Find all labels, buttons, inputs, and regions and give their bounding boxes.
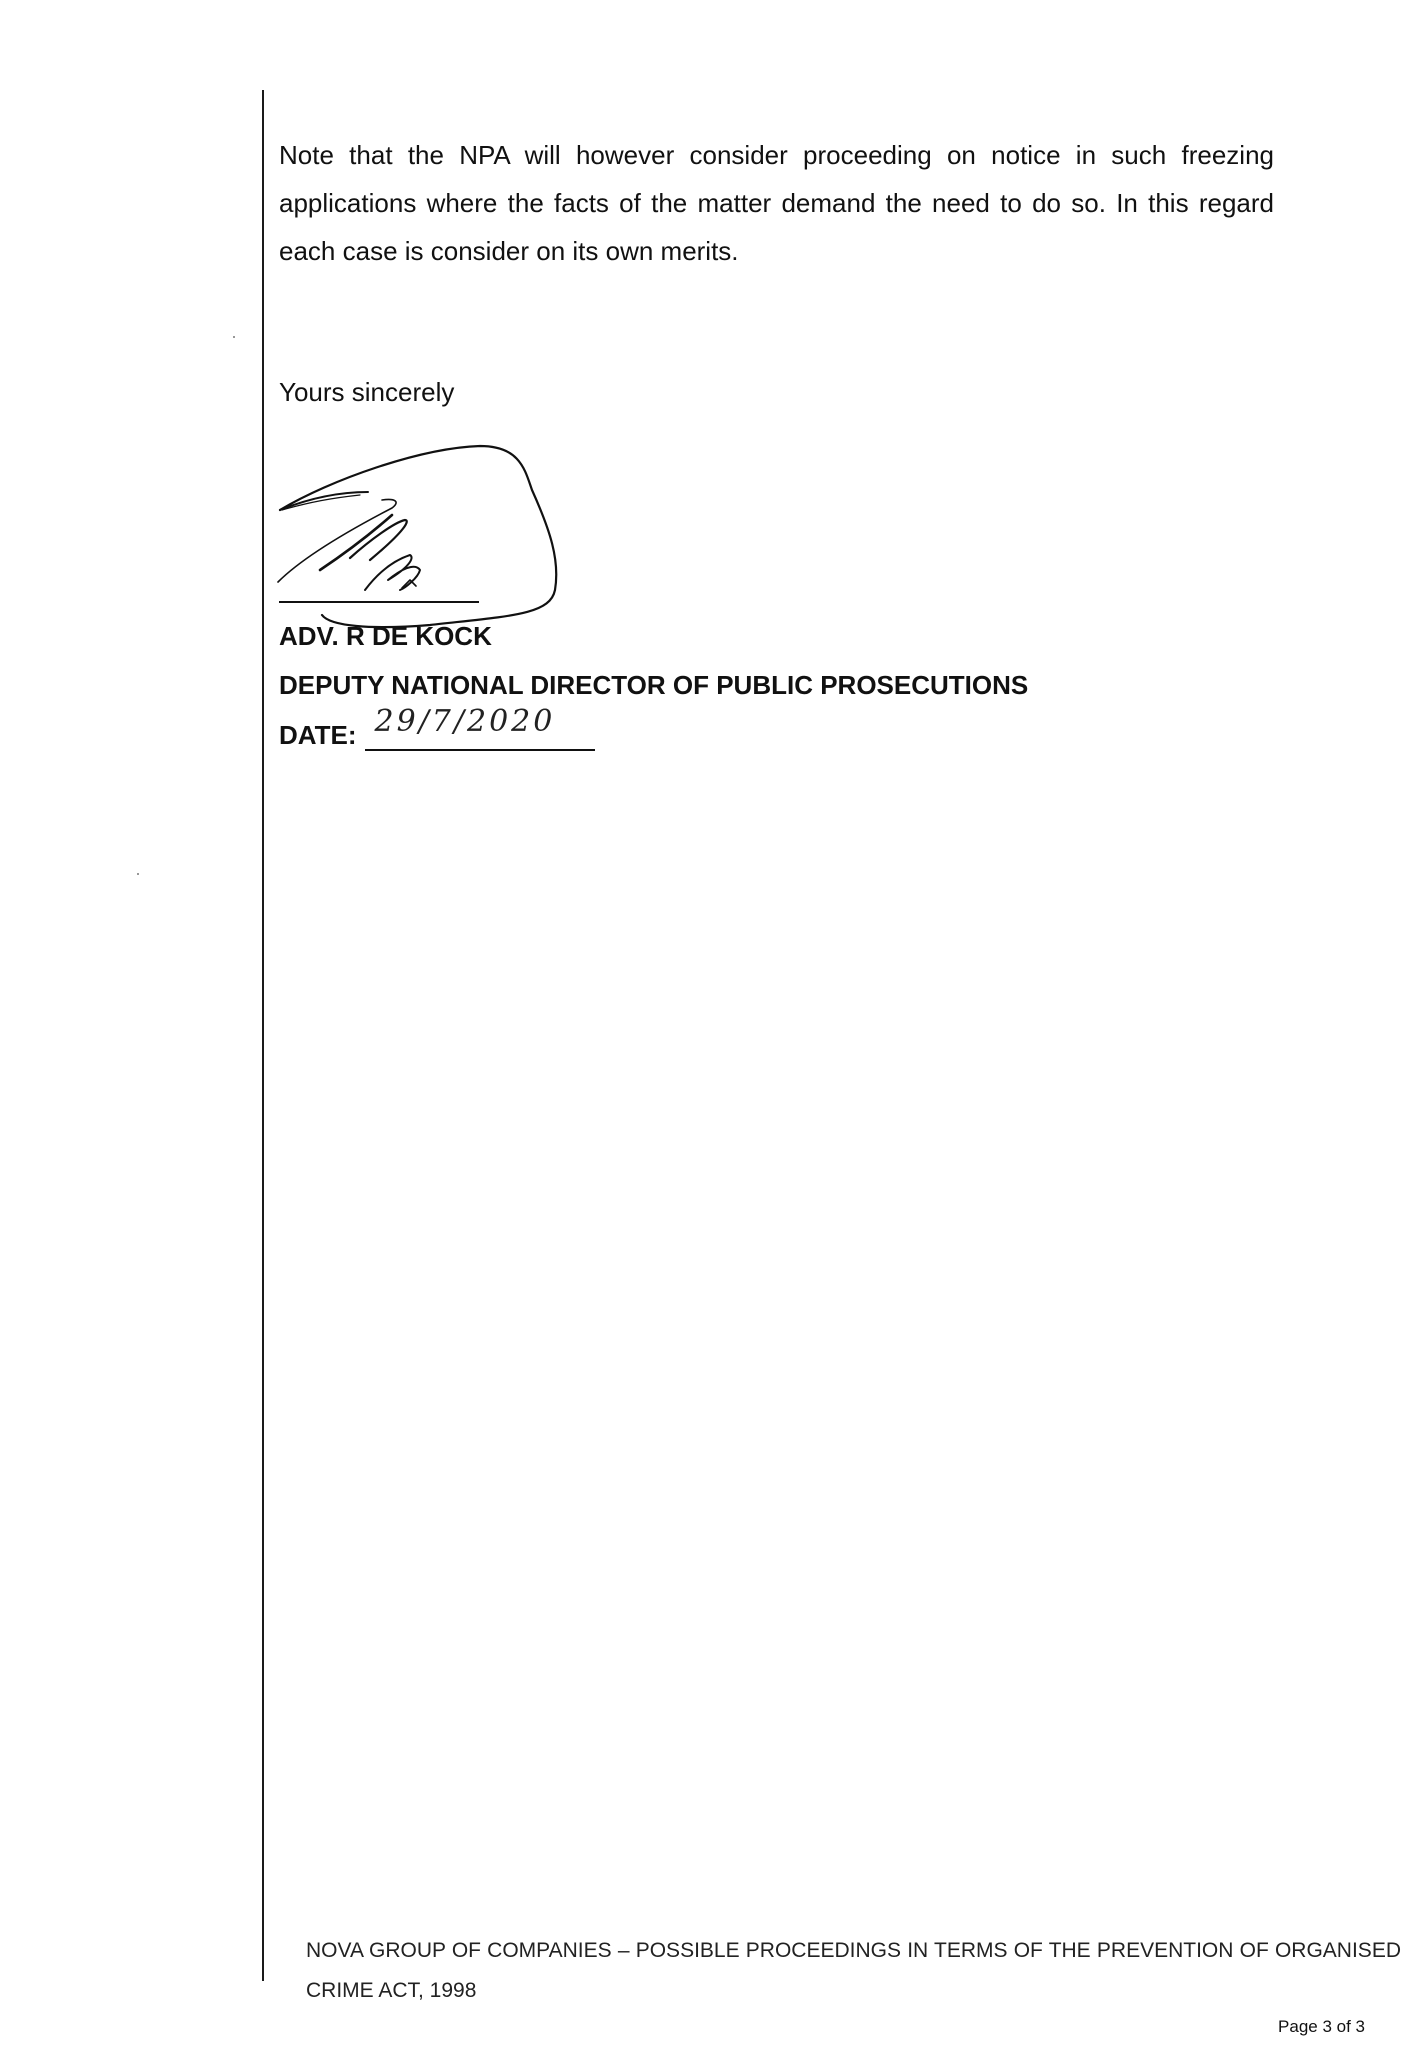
footer-matter-title: NOVA GROUP OF COMPANIES – POSSIBLE PROCE…: [306, 1931, 1401, 2011]
date-value-text: 29/7/2020: [375, 704, 556, 739]
letter-closing: Yours sincerely: [279, 376, 454, 408]
signatory-name: ADV. R DE KOCK: [279, 620, 492, 652]
scan-speck: [137, 873, 139, 875]
date-label: DATE:: [279, 719, 357, 751]
page-number: Page 3 of 3: [1278, 2017, 1365, 2037]
signatory-title: DEPUTY NATIONAL DIRECTOR OF PUBLIC PROSE…: [279, 669, 1028, 701]
scan-speck: [233, 336, 235, 338]
date-row: DATE: 29/7/2020: [279, 711, 595, 751]
signature-line: [279, 601, 479, 603]
letter-body-paragraph: Note that the NPA will however consider …: [279, 131, 1274, 275]
left-margin-rule: [262, 90, 264, 1981]
date-handwritten-value: 29/7/2020: [365, 713, 595, 751]
